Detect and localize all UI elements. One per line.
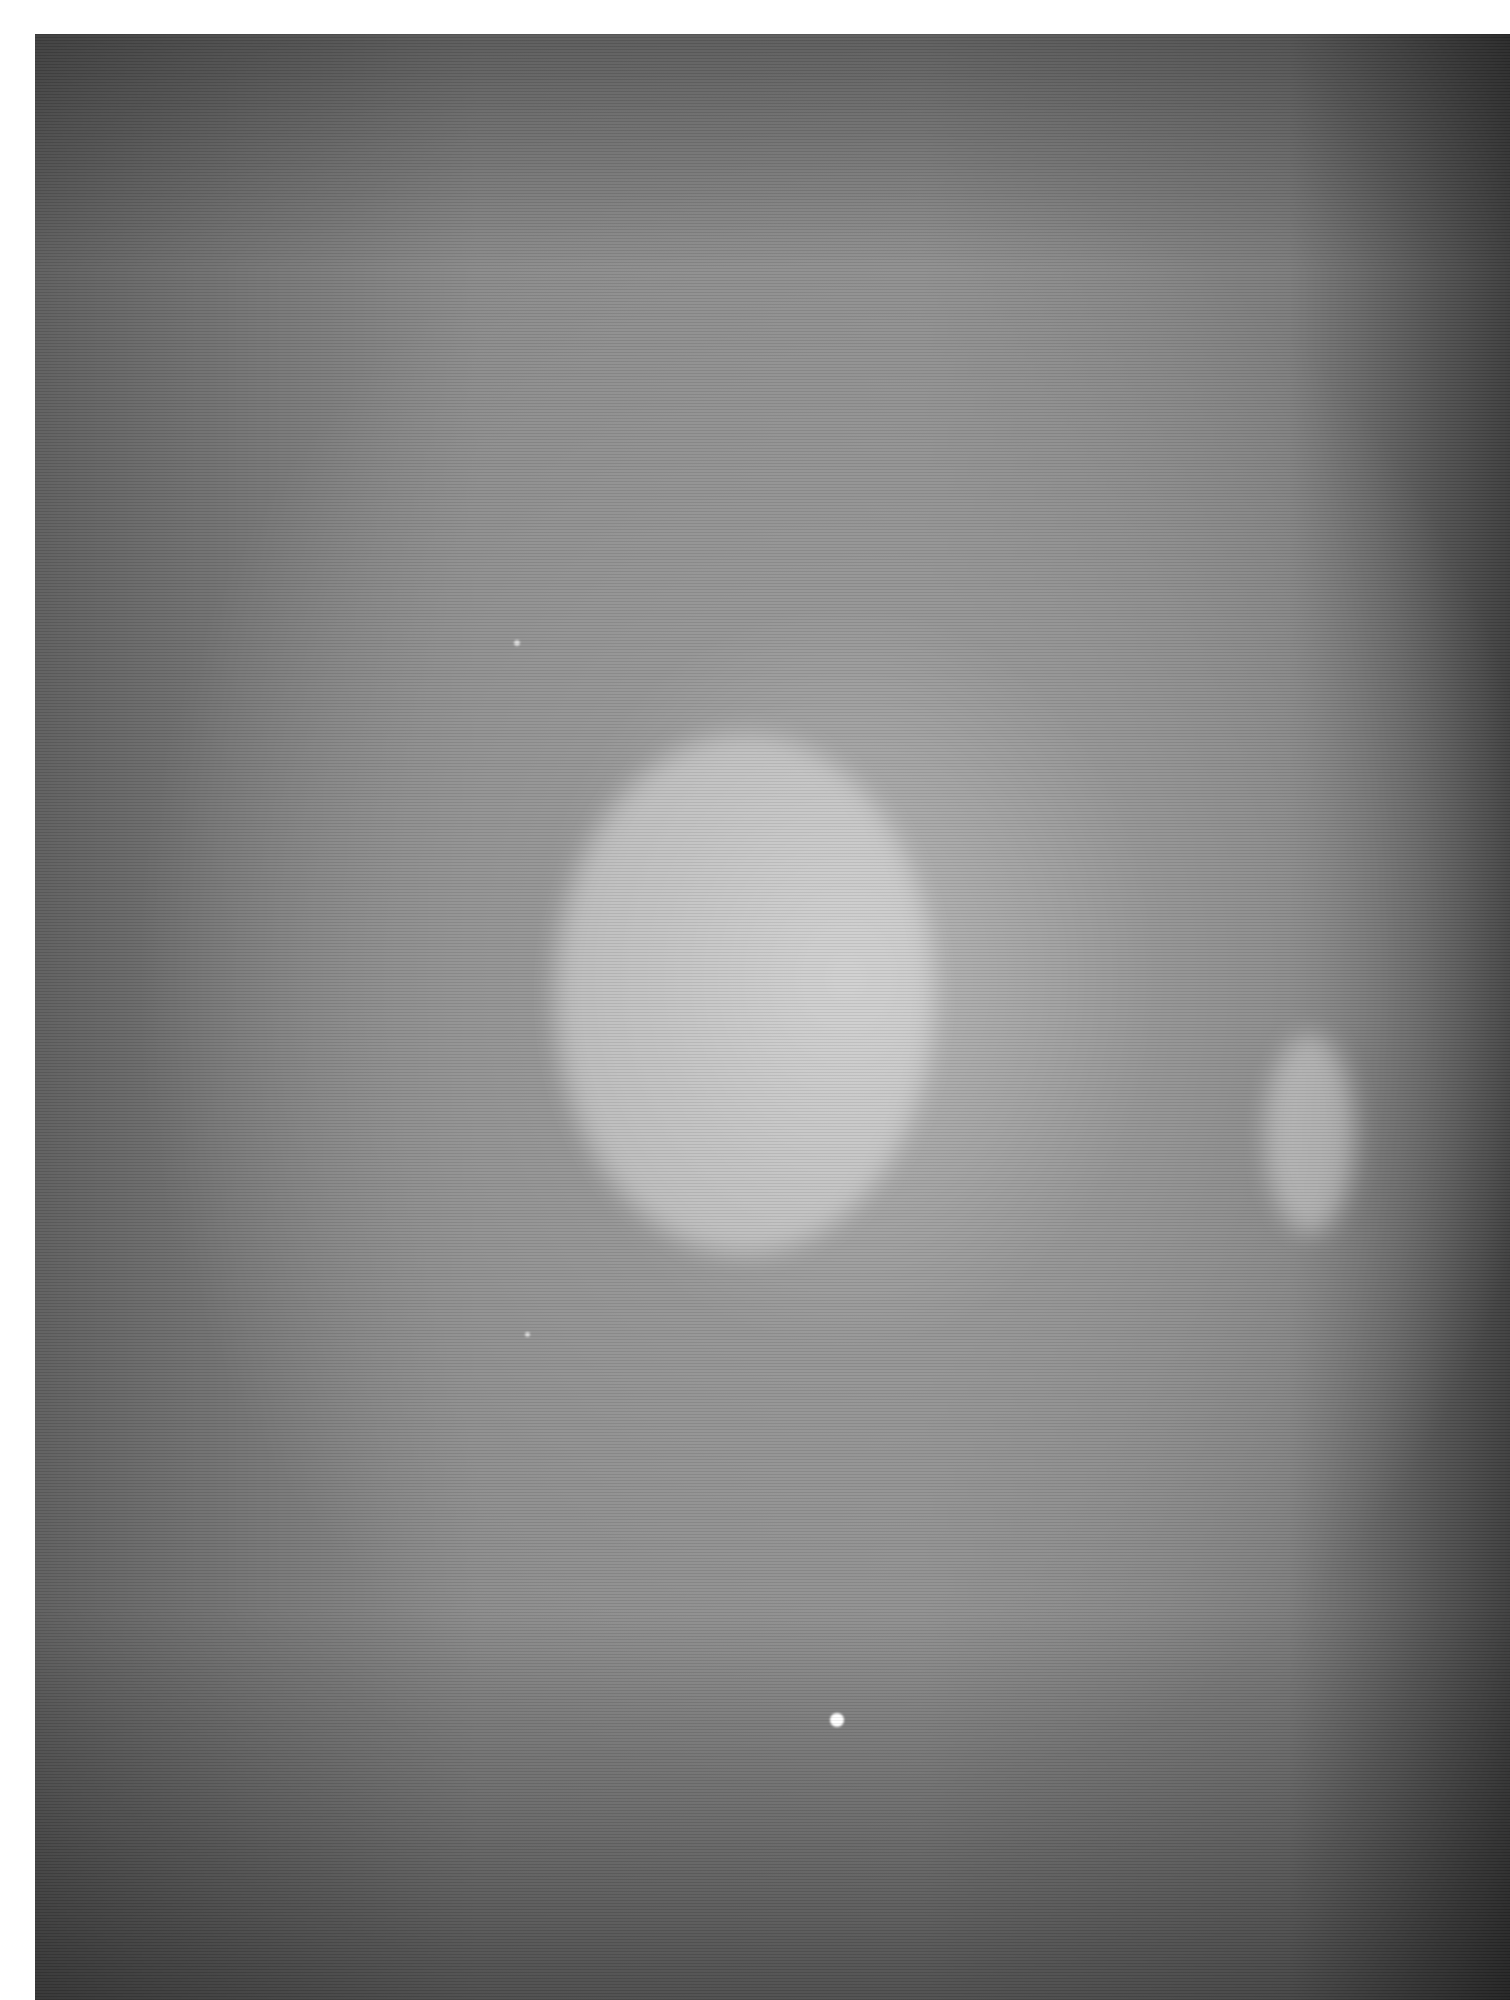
left-ruler bbox=[0, 0, 34, 2000]
top-ruler bbox=[0, 0, 1510, 34]
light-spot bbox=[830, 1713, 844, 1727]
left-ruler-ticks bbox=[0, 0, 34, 2000]
light-spot bbox=[514, 640, 520, 646]
bright-region bbox=[1265, 1034, 1355, 1234]
bright-region bbox=[555, 734, 935, 1254]
manuscript-scan bbox=[35, 34, 1510, 2000]
script-lines bbox=[35, 34, 1510, 2000]
top-ruler-ticks bbox=[0, 0, 1510, 34]
light-spot bbox=[525, 1332, 530, 1337]
